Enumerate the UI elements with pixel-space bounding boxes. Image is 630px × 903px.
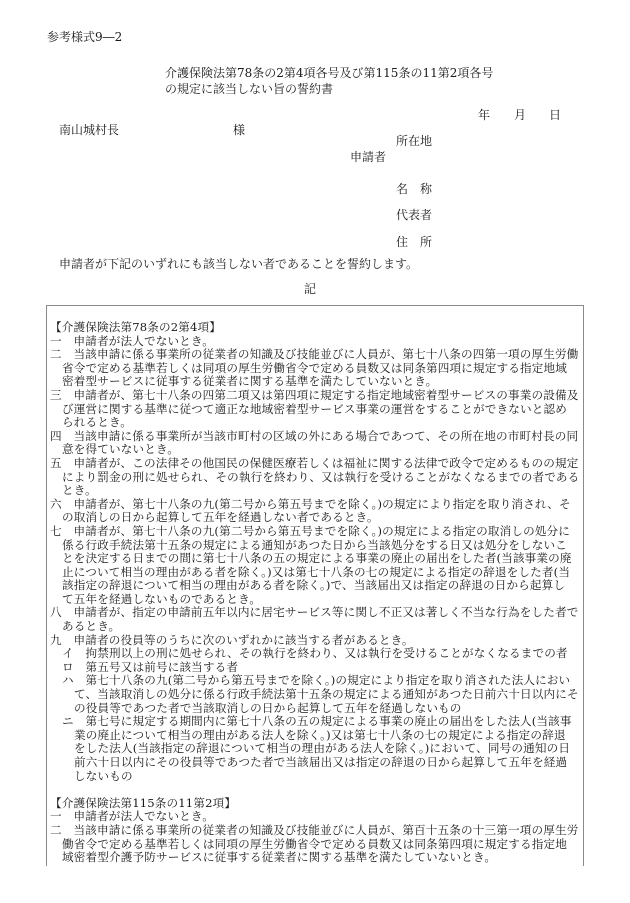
provision-line: あるとき。: [50, 620, 582, 634]
addressee-name: 南山城村長: [59, 121, 119, 138]
provision-line: 一 申請者が法人でないとき。: [50, 810, 582, 824]
provision-line: 業の廃止について相当の理由がある法人を除く。)又は第七十八条の七の規定による指定…: [50, 729, 582, 743]
field-representative-label: 代表者: [396, 206, 432, 223]
provision-line: 七 申請者が、第七十八条の九(第二号から第五号までを除く。)の規定による指定の取…: [50, 525, 582, 539]
provision-line: 二 当該申請に係る事業所の従業者の知識及び技能並びに人員が、第七十八条の四第一項…: [50, 348, 582, 362]
form-number: 参考様式9―2: [47, 28, 122, 45]
provision-line: 該指定の辞退について相当の理由がある者を除く。)で、当該届出又は指定の辞退の日か…: [50, 579, 582, 593]
provision-line: 九 申請者の役員等のうちに次のいずれかに該当する者があるとき。: [50, 634, 582, 648]
date-year-label: 年: [478, 106, 490, 123]
provision-line: られるとき。: [50, 416, 582, 430]
provisions-box: 【介護保険法第78条の2第4項】 一 申請者が法人でないとき。二 当該申請に係る…: [46, 305, 584, 866]
provisions-content: 【介護保険法第78条の2第4項】 一 申請者が法人でないとき。二 当該申請に係る…: [50, 321, 582, 865]
provision-line: とき。: [50, 484, 582, 498]
provision-line: ニ 第七号に規定する期間内に第七十八条の五の規定による事業の廃止の届出をした法人…: [50, 715, 582, 729]
provision-line: 六 申請者が、第七十八条の九(第二号から第五号までを除く。)の規定により指定を取…: [50, 498, 582, 512]
provision-line: 前六十日以内にその役員等であつた者で当該届出又は指定の辞退の日から起算して五年を…: [50, 756, 582, 770]
provision-line: 止について相当の理由がある者を除く。)又は第七十八条の七の規定による指定の辞退を…: [50, 566, 582, 580]
provision-line: び運営に関する基準に従つて適正な地域密着型サービス事業の運営をすることができない…: [50, 403, 582, 417]
provision-line: ロ 第五号又は前号に該当する者: [50, 661, 582, 675]
date-day-label: 日: [549, 106, 561, 123]
provision-line: 働省令で定める基準若しくは同項の厚生労働省令で定める員数又は同条第四項に規定する…: [50, 838, 582, 852]
provision-line: の取消しの日から起算して五年を経過しない者であるとき。: [50, 511, 582, 525]
field-location-label: 所在地: [396, 132, 432, 149]
provision-line: とを決定する日までの間に第七十八条の五の規定による事業の廃止の届出をした者(当該…: [50, 552, 582, 566]
provision-line: 八 申請者が、指定の申請前五年以内に居宅サービス等に関し不正又は著しく不当な行為…: [50, 606, 582, 620]
applicant-label: 申請者: [350, 148, 386, 165]
provision-line: 係る行政手続法第十五条の規定による通知があつた日から当該処分をする日又は処分をし…: [50, 539, 582, 553]
provision-line: て、当該取消しの処分に係る行政手続法第十五条の規定による通知があつた日前六十日以…: [50, 688, 582, 702]
date-month-label: 月: [514, 106, 526, 123]
provision-line: 四 当該申請に係る事業所が当該市町村の区域の外にある場合であつて、その所在地の市…: [50, 430, 582, 444]
field-address-label: 住 所: [396, 233, 432, 250]
provision-line: 省令で定める基準若しくは同項の厚生労働省令で定める員数又は同条第四項に規定する指…: [50, 362, 582, 376]
field-name-label: 名 称: [396, 180, 432, 197]
provision-line: 一 申請者が法人でないとき。: [50, 335, 582, 349]
section-heading: 【介護保険法第115条の11第2項】: [50, 797, 582, 811]
provision-line: 意を得ていないとき。: [50, 443, 582, 457]
section-heading: 【介護保険法第78条の2第4項】: [50, 321, 582, 335]
ki-heading: 記: [304, 280, 316, 297]
provision-line: 三 申請者が、第七十八条の四第二項又は第四項に規定する指定地域密着型サービスの事…: [50, 389, 582, 403]
provision-line: の役員等であつた者で当該取消しの日から起算して五年を経過しないもの: [50, 702, 582, 716]
provision-line: 密着型サービスに従事する従業者に関する基準を満たしていないとき。: [50, 375, 582, 389]
document-title: 介護保険法第78条の2第4項各号及び第115条の11第2項各号 の規定に該当しな…: [165, 65, 493, 97]
provision-line: しないもの: [50, 770, 582, 784]
provision-line: 五 申請者が、この法律その他国民の保健医療若しくは福祉に関する法律で政令で定める…: [50, 457, 582, 471]
title-line-2: の規定に該当しない旨の誓約書: [165, 81, 493, 97]
provision-line: 二 当該申請に係る事業所の従業者の知識及び技能並びに人員が、第百十五条の十三第一…: [50, 824, 582, 838]
provision-line: て五年を経過しないものであるとき。: [50, 593, 582, 607]
declaration-text: 申請者が下記のいずれにも該当しない者であることを誓約します。: [59, 255, 418, 272]
provision-line: 域密着型介護予防サービスに従事する従業者に関する基準を満たしていないとき。: [50, 851, 582, 865]
provision-line: ハ 第七十八条の九(第二号から第五号までを除く。)の規定により指定を取り消された…: [50, 674, 582, 688]
provision-line: イ 拘禁刑以上の刑に処せられ、その執行を終わり、又は執行を受けることがなくなるま…: [50, 647, 582, 661]
addressee-honorific: 様: [233, 121, 245, 138]
title-line-1: 介護保険法第78条の2第4項各号及び第115条の11第2項各号: [165, 65, 493, 81]
provision-line: により罰金の刑に処せられ、その執行を終わり、又は執行を受けることがなくなるまでの…: [50, 471, 582, 485]
provision-line: をした法人(当該指定の辞退について相当の理由がある法人を除く。)において、同号の…: [50, 742, 582, 756]
